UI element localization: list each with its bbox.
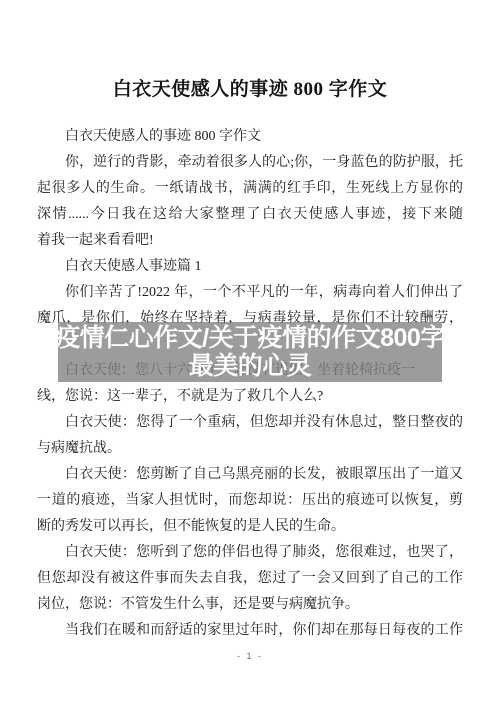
document-title: 白衣天使感人的事迹 800 字作文 bbox=[0, 74, 500, 101]
text-line: 白衣天使感人的事迹 800 字作文 bbox=[37, 124, 463, 150]
text-line: 白衣天使：您剪断了自己乌黑亮丽的长发，被眼罩压出了一道又 bbox=[37, 462, 463, 488]
watermark-text-line1: 疫情仁心作文/关于疫情的作文800字 bbox=[55, 324, 445, 352]
watermark-text-line2: 最美的心灵 bbox=[189, 352, 312, 380]
text-line: 一道的痕迹，当家人担忧时，而您却说：压出的痕迹可以恢复，剪 bbox=[37, 488, 463, 514]
text-line: 线，您说：这一辈子，不就是为了救几个人么? bbox=[37, 384, 463, 410]
text-line: 与病魔抗战。 bbox=[37, 436, 463, 462]
text-line: 你们辛苦了!2022 年，一个不平凡的一年，病毒向着人们伸出了 bbox=[37, 280, 463, 306]
text-line: 深情......今日我在这给大家整理了白衣天使感人事迹，接下来随 bbox=[37, 202, 463, 228]
text-line: 白衣天使：您听到了您的伴侣也得了肺炎，您很难过，也哭了， bbox=[37, 540, 463, 566]
text-line: 着我一起来看看吧! bbox=[37, 228, 463, 254]
text-line: 白衣天使：您得了一个重病，但您却并没有休息过，整日整夜的 bbox=[37, 410, 463, 436]
document-page: 白衣天使感人的事迹 800 字作文 白衣天使感人的事迹 800 字作文你，逆行的… bbox=[0, 0, 500, 706]
text-line: 断的秀发可以再长，但不能恢复的是人民的生命。 bbox=[37, 514, 463, 540]
text-line: 当我们在暖和而舒适的家里过年时，你们却在那每日每夜的工作 bbox=[37, 618, 463, 644]
document-body: 白衣天使感人的事迹 800 字作文你，逆行的背影，牵动着很多人的心;你，一身蓝色… bbox=[37, 124, 463, 644]
text-line: 白衣天使感人事迹篇 1 bbox=[37, 254, 463, 280]
watermark-overlay: 疫情仁心作文/关于疫情的作文800字 最美的心灵 bbox=[58, 322, 442, 382]
text-line: 岗位，您说：不管发生什么事，还是要与病魔抗争。 bbox=[37, 592, 463, 618]
text-line: 起很多人的生命。一纸请战书，满满的红手印，生死线上方显你的 bbox=[37, 176, 463, 202]
page-number: - 1 - bbox=[0, 651, 500, 661]
text-line: 但您却没有被这件事而失去自我，您过了一会又回到了自己的工作 bbox=[37, 566, 463, 592]
text-line: 你，逆行的背影，牵动着很多人的心;你，一身蓝色的防护服，托 bbox=[37, 150, 463, 176]
